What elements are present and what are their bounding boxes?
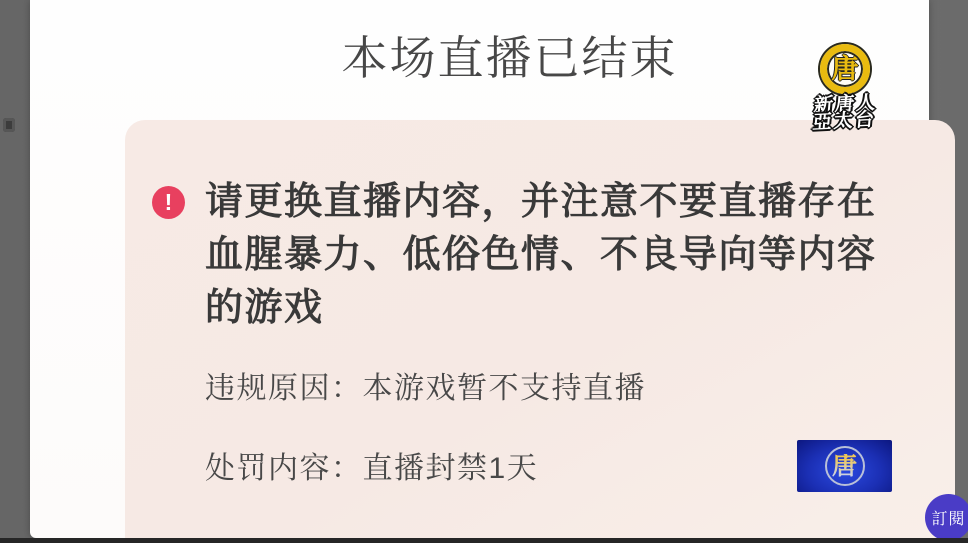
penalty-label: 处罚内容：	[205, 452, 363, 485]
warning-message: 请更换直播内容，并注意不要直播存在血腥暴力、低俗色情、不良导向等内容的游戏	[205, 176, 895, 335]
violation-reason-value: 本游戏暂不支持直播	[363, 372, 647, 405]
ntd-station-watermark: 唐 新唐人 亞太台	[798, 44, 892, 130]
violation-reason-line: 违规原因：本游戏暂不支持直播	[205, 363, 646, 407]
ntd-badge-character: 唐	[832, 454, 857, 479]
violation-reason-label: 违规原因：	[205, 372, 363, 405]
ntd-badge-logo-icon: 唐	[825, 446, 865, 486]
stream-end-screen: 本场直播已结束 ! 请更换直播内容，并注意不要直播存在血腥暴力、低俗色情、不良导…	[30, 0, 929, 538]
ntd-station-line2: 亞太台	[796, 111, 892, 133]
ntd-tang-logo-icon: 唐	[820, 44, 870, 94]
sidebar-dot-icon	[3, 118, 15, 132]
exclamation-circle-icon: !	[152, 186, 185, 219]
video-frame: 本场直播已结束 ! 请更换直播内容，并注意不要直播存在血腥暴力、低俗色情、不良导…	[0, 0, 968, 543]
subscribe-button[interactable]: 訂閱	[925, 494, 968, 541]
penalty-value: 直播封禁1天	[363, 452, 539, 485]
ntd-station-name: 新唐人 亞太台	[796, 94, 894, 133]
exclamation-glyph: !	[165, 191, 173, 214]
penalty-line: 处罚内容：直播封禁1天	[205, 443, 538, 487]
ntd-blue-badge: 唐	[797, 440, 892, 492]
bottom-bar	[0, 538, 968, 543]
ntd-tang-character: 唐	[832, 56, 859, 83]
